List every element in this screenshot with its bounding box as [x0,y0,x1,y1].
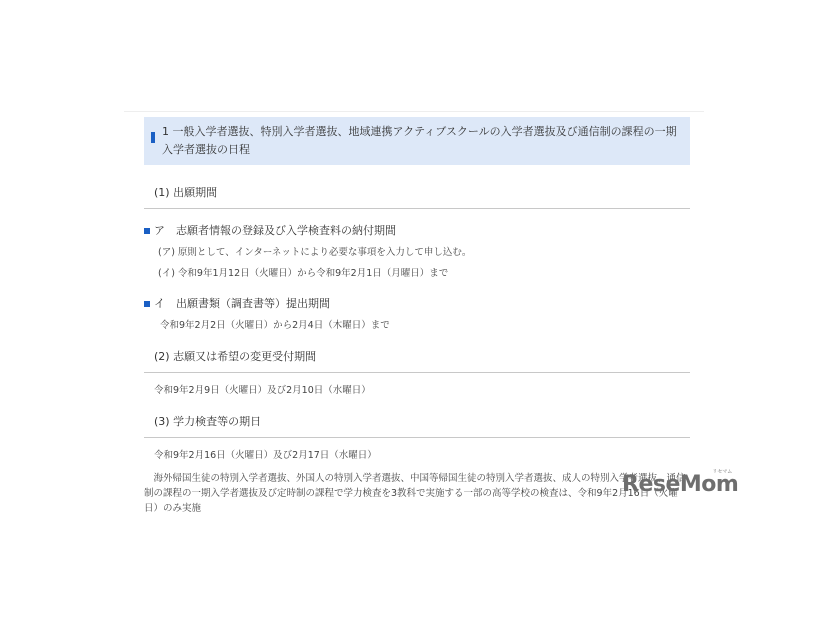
logo-text: ReseMom [622,472,738,497]
text-line: 令和9年2月9日（火曜日）及び2月10日（水曜日） [154,384,690,397]
title-marker-icon [151,132,155,143]
resemom-logo: ReseMom リセマム [622,472,738,497]
exam-note-paragraph: 海外帰国生徒の特別入学者選抜、外国人の特別入学者選抜、中国等帰国生徒の特別入学者… [144,471,690,516]
subheading-documents: イ 出願書類（調査書等）提出期間 [144,297,690,311]
schedule-document: 1 一般入学者選抜、特別入学者選抜、地域連携アクティブスクールの入学者選抜及び通… [144,113,690,516]
heading-exam-dates: (3) 学力検査等の期日 [144,415,690,438]
logo-ruby: リセマム [712,468,732,475]
top-divider [124,111,704,112]
subheading-registration: ア 志願者情報の登録及び入学検査料の納付期間 [144,224,690,238]
text-line: (ア) 原則として、インターネットにより必要な事項を入力して申し込む。 [158,246,690,259]
section-title-box: 1 一般入学者選抜、特別入学者選抜、地域連携アクティブスクールの入学者選抜及び通… [144,117,690,165]
heading-application-period: (1) 出願期間 [144,186,690,209]
text-line: 令和9年2月2日（火曜日）から2月4日（木曜日）まで [160,319,690,332]
subheading-text: イ 出願書類（調査書等）提出期間 [154,297,330,311]
section-title: 1 一般入学者選抜、特別入学者選抜、地域連携アクティブスクールの入学者選抜及び通… [162,125,677,156]
text-line: 令和9年2月16日（火曜日）及び2月17日（水曜日） [154,449,690,462]
square-bullet-icon [144,228,150,234]
square-bullet-icon [144,301,150,307]
heading-change-period: (2) 志願又は希望の変更受付期間 [144,350,690,373]
text-line: (イ) 令和9年1月12日（火曜日）から令和9年2月1日（月曜日）まで [158,267,690,280]
subheading-text: ア 志願者情報の登録及び入学検査料の納付期間 [154,224,396,238]
